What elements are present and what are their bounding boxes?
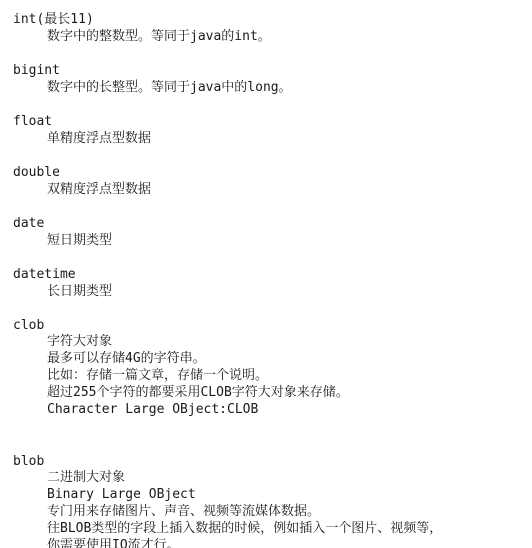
desc-datetime-line-1: 长日期类型 bbox=[47, 283, 112, 300]
desc-bigint-line-1: 数字中的长整型。等同于java中的long。 bbox=[47, 79, 292, 96]
desc-blob-line-4: 往BLOB类型的字段上插入数据的时候，例如插入一个图片、视频等， bbox=[47, 520, 442, 537]
desc-clob-line-3: 比如：存储一篇文章，存储一个说明。 bbox=[47, 367, 268, 384]
desc-clob-line-4: 超过255个字符的都要采用CLOB字符大对象来存储。 bbox=[47, 384, 349, 401]
term-blob: blob bbox=[13, 453, 44, 470]
desc-clob-line-2: 最多可以存储4G的字符串。 bbox=[47, 350, 206, 367]
term-float: float bbox=[13, 113, 52, 130]
term-date: date bbox=[13, 215, 44, 232]
desc-clob-line-5: Character Large OBject:CLOB bbox=[47, 401, 258, 418]
desc-blob-line-1: 二进制大对象 bbox=[47, 469, 125, 486]
desc-blob-line-2: Binary Large OBject bbox=[47, 486, 196, 503]
document-body: int(最长11) 数字中的整数型。等同于java的int。 bigint 数字… bbox=[0, 0, 532, 548]
term-int: int(最长11) bbox=[13, 11, 94, 28]
desc-float-line-1: 单精度浮点型数据 bbox=[47, 130, 151, 147]
term-clob: clob bbox=[13, 317, 44, 334]
desc-blob-line-5: 你需要使用IO流才行。 bbox=[47, 537, 180, 548]
desc-clob-line-1: 字符大对象 bbox=[47, 333, 112, 350]
term-double: double bbox=[13, 164, 60, 181]
desc-date-line-1: 短日期类型 bbox=[47, 232, 112, 249]
term-datetime: datetime bbox=[13, 266, 76, 283]
desc-blob-line-3: 专门用来存储图片、声音、视频等流媒体数据。 bbox=[47, 503, 320, 520]
desc-int-line-1: 数字中的整数型。等同于java的int。 bbox=[47, 28, 271, 45]
term-bigint: bigint bbox=[13, 62, 60, 79]
desc-double-line-1: 双精度浮点型数据 bbox=[47, 181, 151, 198]
